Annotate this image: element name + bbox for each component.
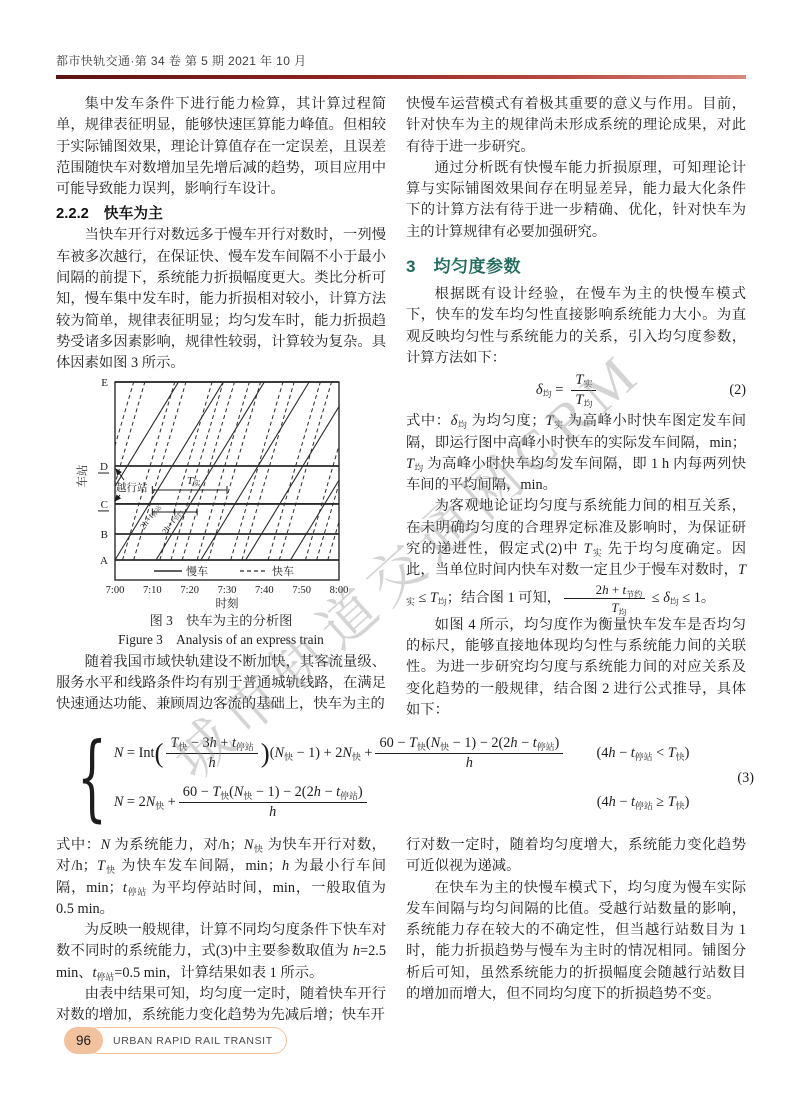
svg-text:D: D	[100, 461, 108, 473]
svg-text:慢车: 慢车	[186, 564, 208, 578]
paragraph-uniformity-intro: 根据既有设计经验，在慢车为主的快慢车模式下，快车的发车均匀性直接影响系统能力大小…	[406, 284, 746, 369]
journal-header: 都市快轨交通·第 34 卷 第 5 期 2021 年 10 月	[56, 52, 306, 69]
paragraph-parameter-values: 为反映一般规律，计算不同均匀度条件下快车对数不同时的系统能力，式(3)中主要参数…	[56, 920, 386, 984]
eq3-row2-prefix: N = 2N快 +	[114, 794, 176, 811]
paragraph-operation-mode: 快慢车运营模式有着极其重要的意义与作用。目前，针对快车为主的规律尚未形成系统的理…	[406, 94, 746, 158]
figure3-svg: ABCDE车站7:007:107:207:307:407:508:00时刻慢车快…	[56, 378, 386, 610]
paragraph-capacity-check: 集中发车条件下进行能力检算，其计算过程简单，规律表征明显，能够快速匡算能力峰值。…	[56, 94, 386, 200]
equation-3-row1: N = Int ( T快 − 3h + t停站 h ) (N快 − 1) + 2…	[114, 735, 736, 772]
svg-text:7:20: 7:20	[180, 585, 199, 596]
paragraph-eq3-terms: 式中：N 为系统能力，对/h；N快 为快车开行对数，对/h；T快 为快车发车间隔…	[56, 835, 386, 920]
paragraph-uniformity-assumption: 为客观地论证均匀度与系统能力间的相互关系，在未明确均匀度的合理界定标准及影响时，…	[406, 496, 746, 614]
svg-text:越行站: 越行站	[116, 481, 148, 494]
equation-3: { N = Int ( T快 − 3h + t停站 h ) (N快 − 1) +…	[62, 735, 754, 821]
equation-2-lhs: δ均 =	[536, 382, 564, 399]
svg-text:E: E	[101, 378, 108, 389]
equation-2-fraction: T实 T均	[571, 372, 596, 409]
svg-text:B: B	[101, 529, 108, 541]
page-footer: 96 URBAN RAPID RAIL TRANSIT	[64, 1027, 287, 1054]
equation-2-body: δ均 = T实 T均	[406, 372, 729, 409]
paragraph-eq2-terms: 式中：δ均 为均匀度；T实 为高峰小时快车图定发车间隔，即运行图中高峰小时快车的…	[406, 411, 746, 496]
eq3-fraction-2: 60 − T快(N快 − 1) − 2(2h − t停站) h	[375, 735, 563, 772]
figure3: ABCDE车站7:007:107:207:307:407:508:00时刻慢车快…	[56, 378, 386, 610]
eq3-fraction-1: T快 − 3h + t停站 h	[166, 735, 257, 772]
equation-3-brace: {	[77, 738, 107, 818]
equation-3-row2: N = 2N快 + 60 − T快(N快 − 1) − 2(2h − t停站) …	[114, 784, 736, 821]
equation-2-number: (2)	[729, 382, 746, 399]
equation-3-rows: N = Int ( T快 − 3h + t停站 h ) (N快 − 1) + 2…	[114, 735, 736, 821]
eq3-lparen: (	[154, 740, 163, 767]
figure3-caption-zh: 图 3 快车为主的分析图	[56, 611, 386, 630]
journal-name-en: URBAN RAPID RAIL TRANSIT	[85, 1027, 287, 1054]
svg-text:7:40: 7:40	[255, 585, 274, 596]
page-number: 96	[64, 1027, 103, 1054]
paragraph-figure4-reference: 如图 4 所示，均匀度作为衡量快车发车是否均匀的标尺，能够直接地体现均匀性与系统…	[406, 615, 746, 721]
eq3-row1-prefix: N = Int	[114, 745, 155, 762]
right-column-top: 快慢车运营模式有着极其重要的意义与作用。目前，针对快车为主的规律尚未形成系统的理…	[406, 94, 746, 721]
eq3-fraction-3: 60 − T快(N快 − 1) − 2(2h − t停站) h	[179, 784, 367, 821]
paragraph-table-results: 由表中结果可知，均匀度一定时，随着快车开行对数的增加，系统能力变化趋势为先减后增…	[56, 984, 386, 1027]
svg-text:时刻: 时刻	[216, 596, 239, 610]
eq3-condition-1: (4h − t停站 < T快)	[597, 745, 736, 762]
svg-text:C: C	[101, 498, 108, 510]
paragraph-express-dominant: 当快车开行对数远多于慢车开行对数时，一列慢车被多次越行，在保证快、慢车发车间隔不…	[56, 225, 386, 374]
paragraph-trend-decrease: 行对数一定时，随着均匀度增大，系统能力变化趋势可近似视为递减。	[406, 835, 746, 878]
header-rule	[56, 75, 746, 79]
section-heading-2-2-2: 2.2.2 快车为主	[56, 202, 386, 223]
eq3-row1-middle: (N快 − 1) + 2N快 +	[270, 745, 373, 762]
figure3-caption-en: Figure 3 Analysis of an express train	[56, 630, 386, 649]
svg-text:T实: T实	[187, 475, 201, 488]
paragraph-suburban-rail: 随着我国市域快轨建设不断加快，其客流量级、服务水平和线路条件均有别于普通城轨线路…	[56, 652, 386, 716]
svg-text:A: A	[100, 555, 108, 567]
svg-text:车站: 车站	[75, 464, 89, 487]
svg-text:8:00: 8:00	[330, 585, 349, 596]
paragraph-loss-principle: 通过分析既有快慢车能力折损原理，可知理论计算与实际铺图效果间存在明显差异，能力最…	[406, 158, 746, 243]
svg-text:7:50: 7:50	[292, 585, 311, 596]
eq3-rparen: )	[261, 740, 270, 767]
svg-text:7:00: 7:00	[106, 585, 125, 596]
svg-text:7:30: 7:30	[218, 585, 237, 596]
paragraph-overtake-stations: 在快车为主的快慢车模式下，均匀度为慢车实际发车间隔与均匀间隔的比值。受越行站数量…	[406, 878, 746, 1006]
svg-text:快车: 快车	[272, 564, 294, 578]
svg-text:7:10: 7:10	[143, 585, 162, 596]
section-heading-3: 3 均匀度参数	[406, 252, 746, 277]
eq3-condition-2: (4h − t停站 ≥ T快)	[597, 794, 736, 811]
left-column-top: 集中发车条件下进行能力检算，其计算过程简单，规律表征明显，能够快速匡算能力峰值。…	[56, 94, 386, 715]
left-column-bottom: 式中：N 为系统能力，对/h；N快 为快车开行对数，对/h；T快 为快车发车间隔…	[56, 835, 386, 1027]
journal-page: 都市快轨交通·第 34 卷 第 5 期 2021 年 10 月 城市轨道交通网C…	[0, 0, 800, 1095]
equation-3-number: (3)	[737, 770, 754, 787]
equation-2: δ均 = T实 T均 (2)	[406, 372, 746, 409]
right-column-bottom: 行对数一定时，随着均匀度增大，系统能力变化趋势可近似视为递减。 在快车为主的快慢…	[406, 835, 746, 1005]
